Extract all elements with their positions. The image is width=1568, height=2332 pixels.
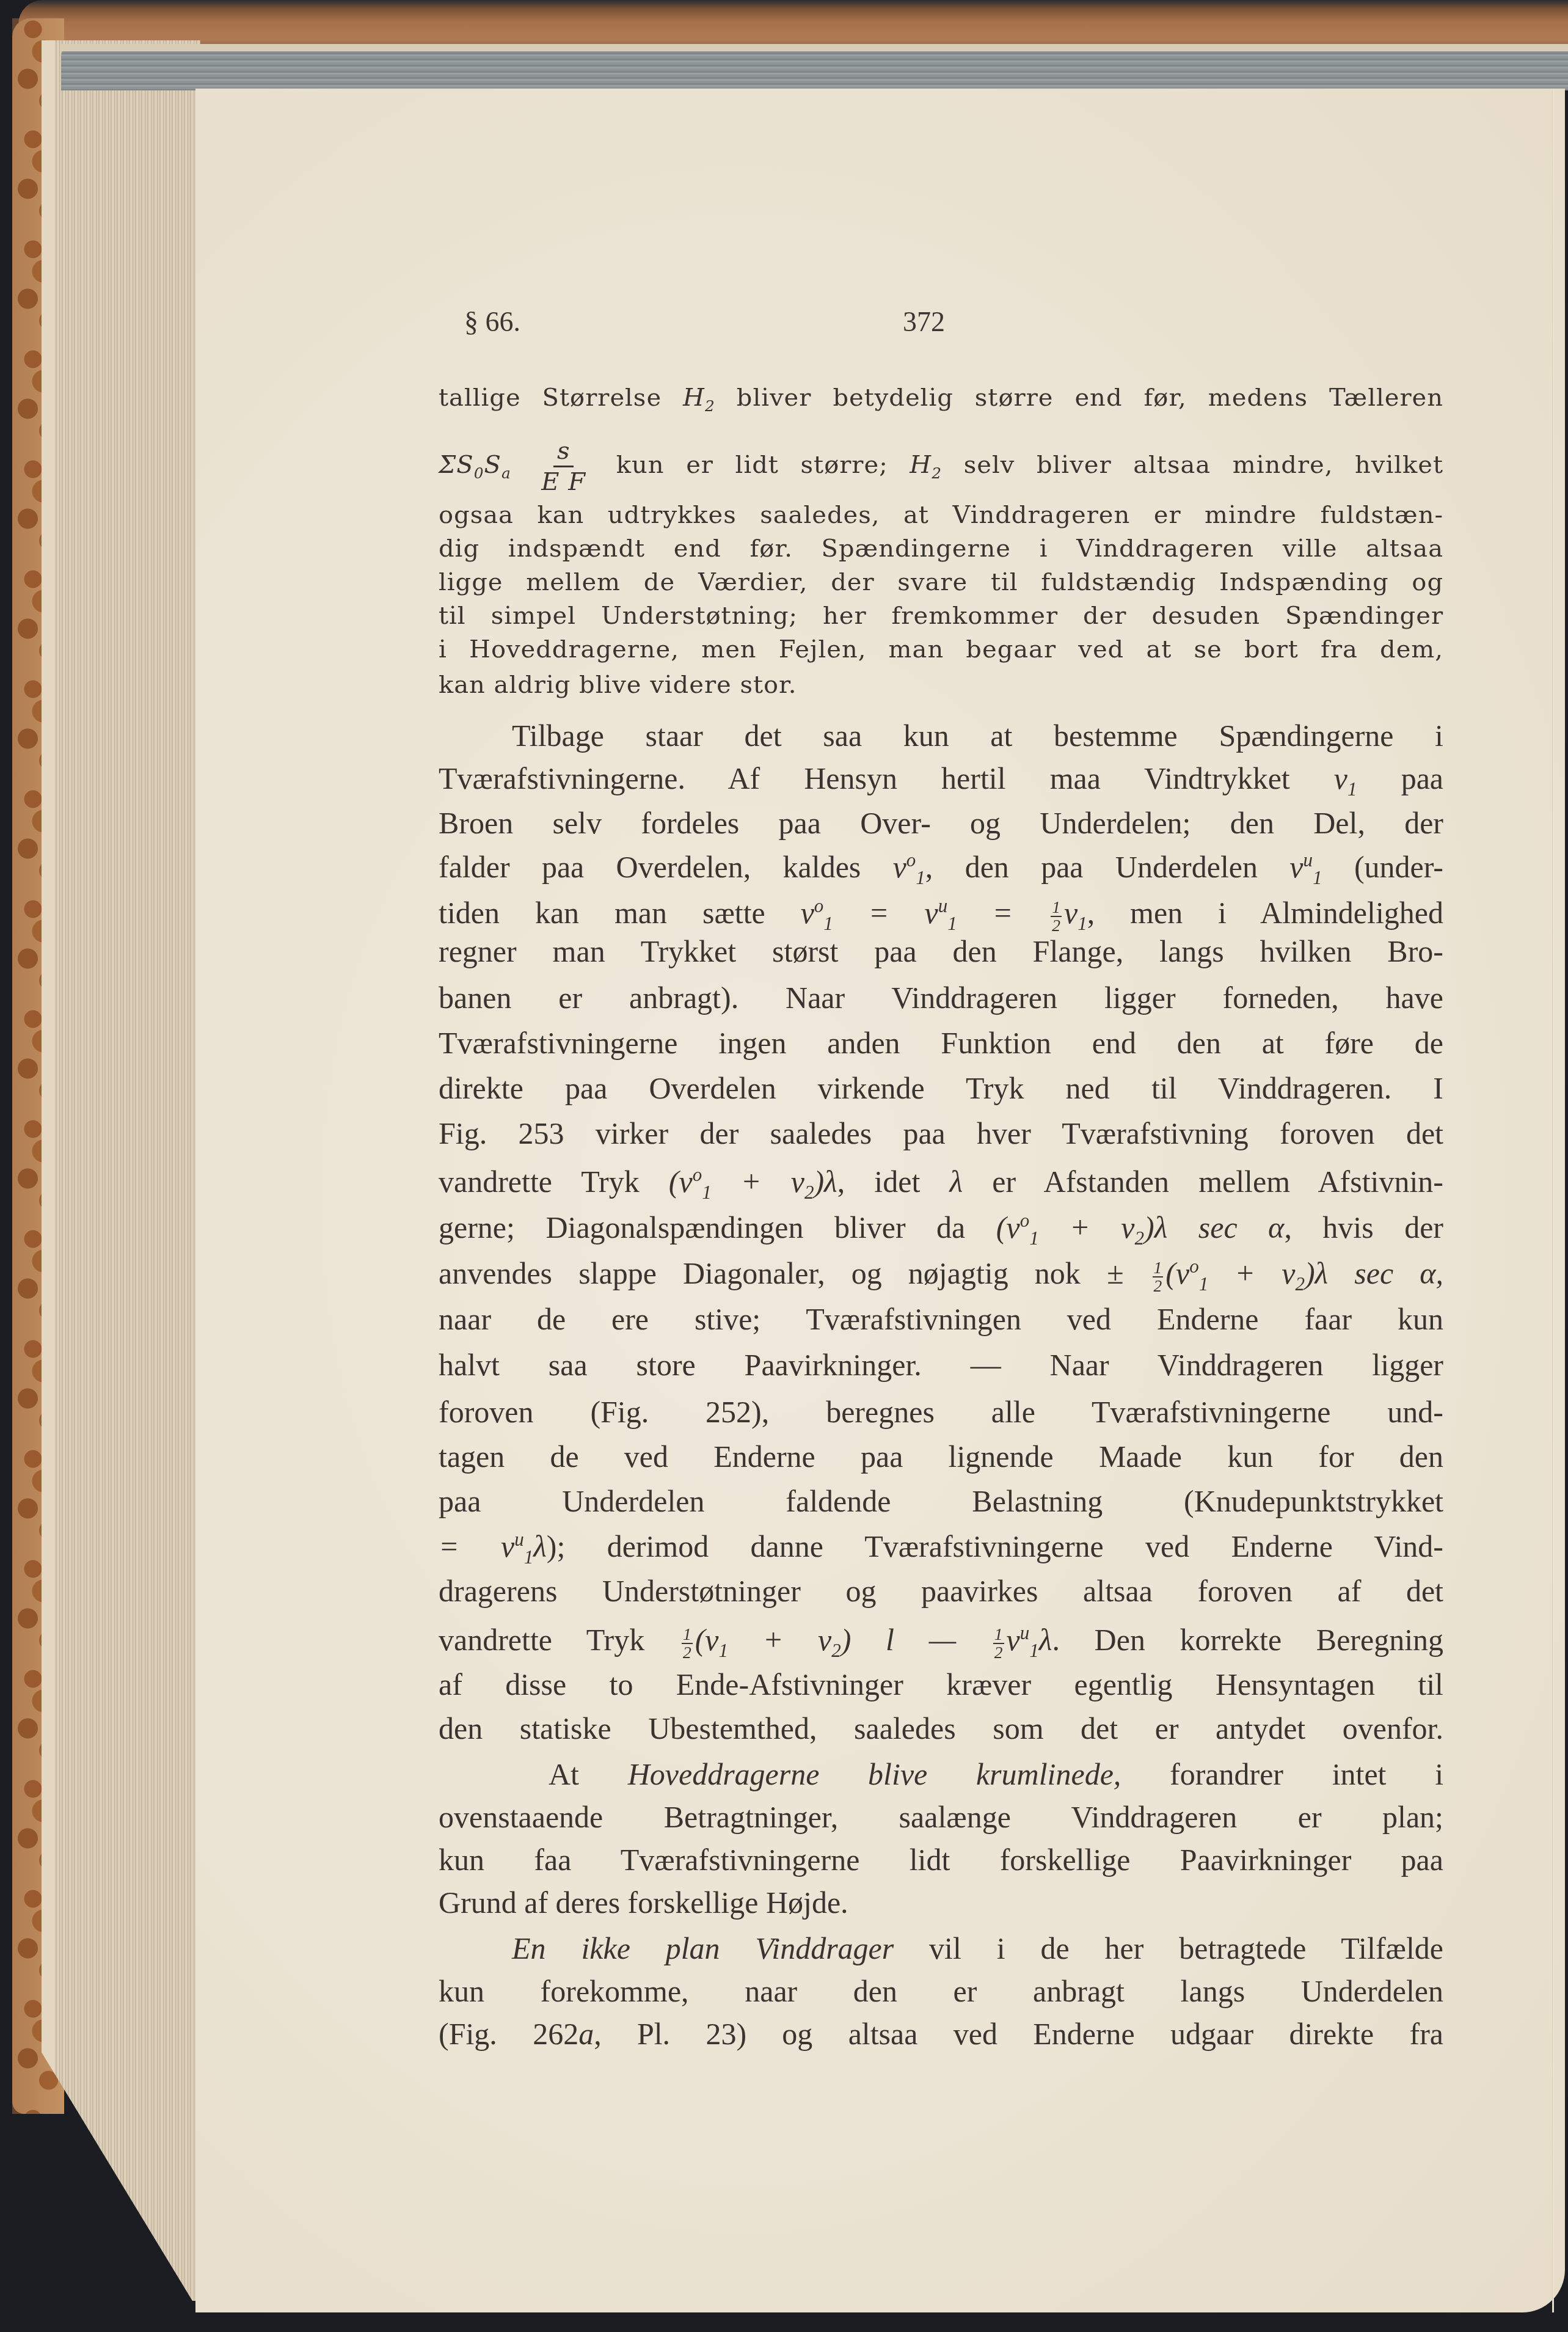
text-line: ogsaa kan udtrykkes saaledes, at Vinddra…: [439, 501, 1443, 529]
text-line: falder paa Overdelen, kaldes vo1, den pa…: [439, 849, 1443, 889]
text-line: gerne; Diagonalspændingen bliver da (vo1…: [439, 1210, 1443, 1249]
text-run: selv bliver altsaa mindre, hvilket: [964, 451, 1443, 479]
text-line: halvt saa store Paavirkninger. — Naar Vi…: [439, 1347, 1443, 1383]
text-line: Tværafstivningerne. Af Hensyn hertil maa…: [439, 761, 1443, 800]
text-line: Broen selv fordeles paa Over- og Underde…: [439, 805, 1443, 841]
text-line: dig indspændt end før. Spændingerne i Vi…: [439, 535, 1443, 563]
text-line: direkte paa Overdelen virkende Tryk ned …: [439, 1070, 1443, 1106]
text-line: dragerens Understøtninger og paavirkes a…: [439, 1573, 1443, 1609]
text-line: Tilbage staar det saa kun at bestemme Sp…: [439, 718, 1443, 753]
text-line: = vu1λ); derimod danne Tværafstivningern…: [439, 1529, 1443, 1568]
text-line: tiden kan man sætte vo1 = vu1 = 12v1, me…: [439, 895, 1443, 935]
text-line: foroven (Fig. 252), beregnes alle Tværaf…: [439, 1394, 1443, 1430]
text-line: ligge mellem de Værdier, der svare til f…: [439, 568, 1443, 596]
text-line: En ikke plan Vinddrager vil i de her bet…: [439, 1931, 1443, 1966]
text-line: (Fig. 262a, Pl. 23) og altsaa ved Endern…: [439, 2016, 1443, 2052]
text-line: anvendes slappe Diagonaler, og nøjagtig …: [439, 1256, 1443, 1295]
text-line: kan aldrig blive videre stor.: [439, 671, 1443, 699]
math-h2: H2: [910, 451, 942, 479]
math-sum-s0-sa: ΣS0Sa: [439, 451, 511, 479]
page-stack-edge: [42, 40, 200, 2301]
text-line: tagen de ved Enderne paa lignende Maade …: [439, 1439, 1443, 1474]
text-line: naar de ere stive; Tværafstivningen ved …: [439, 1301, 1443, 1337]
text-line: ovenstaaende Betragtninger, saalænge Vin…: [439, 1799, 1443, 1835]
text-line: tallige Størrelse H2 bliver betydelig st…: [439, 384, 1443, 415]
text-line: Tværafstivningerne ingen anden Funktion …: [439, 1025, 1443, 1061]
text-line: af disse to Ende-Afstivninger kræver ege…: [439, 1667, 1443, 1702]
text-line: banen er anbragt). Naar Vinddrageren lig…: [439, 980, 1443, 1015]
text-line: paa Underdelen faldende Belastning (Knud…: [439, 1483, 1443, 1519]
math-h2: H2: [683, 384, 715, 412]
text-line: til simpel Understøtning; her fremkommer…: [439, 602, 1443, 630]
gutter-line: [1552, 89, 1554, 2312]
text-line: Fig. 253 virker der saaledes paa hver Tv…: [439, 1116, 1443, 1151]
book-cover-top-edge: [18, 0, 1568, 49]
text-run: kun er lidt større;: [616, 451, 888, 479]
text-line: den statiske Ubestemthed, saaledes som d…: [439, 1711, 1443, 1746]
section-number: § 66.: [464, 305, 520, 338]
page-top-edge: [61, 44, 1568, 90]
page-number: 372: [903, 305, 945, 338]
text-run: tallige Størrelse: [439, 384, 662, 412]
text-run: bliver betydelig større end før, medens …: [737, 384, 1443, 412]
text-line: regner man Trykket størst paa den Flange…: [439, 934, 1443, 969]
math-fraction-s-over-ef: sE F: [541, 439, 586, 494]
text-line: kun forekomme, naar den er anbragt langs…: [439, 1973, 1443, 2009]
text-line: vandrette Tryk 12(v1 + v2) l — 12vu1λ. D…: [439, 1622, 1443, 1662]
text-line: vandrette Tryk (vo1 + v2)λ, idet λ er Af…: [439, 1164, 1443, 1204]
text-line: kun faa Tværafstivningerne lidt forskell…: [439, 1842, 1443, 1877]
text-line: At Hoveddragerne blive krumlinede, foran…: [439, 1756, 1443, 1792]
text-line: Grund af deres forskellige Højde.: [439, 1885, 1443, 1920]
text-line: ΣS0Sa sE F kun er lidt større; H2 selv b…: [439, 439, 1443, 494]
text-line: i Hoveddragerne, men Fejlen, man begaar …: [439, 635, 1443, 663]
